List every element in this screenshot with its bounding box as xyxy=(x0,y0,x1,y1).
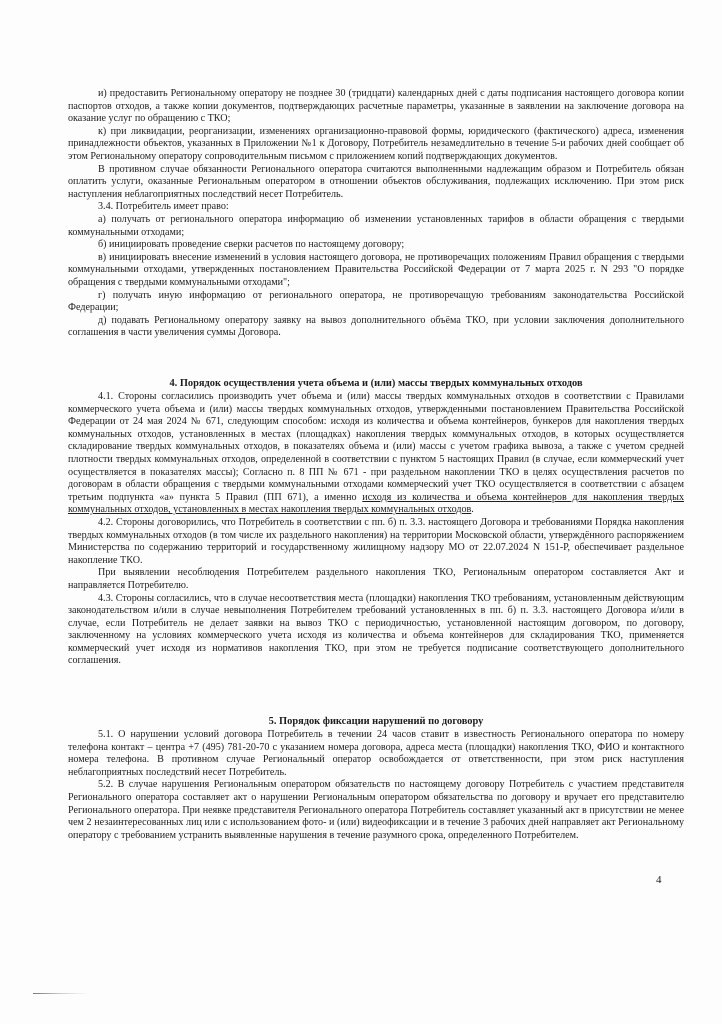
clause-3-4-b: б) инициировать проведение сверки расчет… xyxy=(68,239,684,252)
clause-otherwise: В противном случае обязанности Региональ… xyxy=(68,164,684,202)
clause-violation-act: При выявлении несоблюдения Потребителем … xyxy=(68,567,684,592)
clause-i: и) предоставить Региональному оператору … xyxy=(68,88,684,126)
clause-k: к) при ликвидации, реорганизации, измене… xyxy=(68,126,684,164)
clause-3-4-a: а) получать от регионального оператора и… xyxy=(68,214,684,239)
section-5-heading: 5. Порядок фиксации нарушений по договор… xyxy=(68,715,684,728)
scan-artifact-line xyxy=(33,993,88,994)
obligations-continuation: и) предоставить Региональному оператору … xyxy=(68,88,684,340)
section-5-body: 5.1. О нарушении условий договора Потреб… xyxy=(68,729,684,842)
clause-5-2: 5.2. В случае нарушения Региональным опе… xyxy=(68,779,684,842)
clause-3-4-v: в) инициировать внесение изменений в усл… xyxy=(68,252,684,290)
clause-4-1: 4.1. Стороны согласились производить уче… xyxy=(68,391,684,517)
section-4-heading: 4. Порядок осуществления учета объема и … xyxy=(68,377,684,390)
section-4-body: 4.1. Стороны согласились производить уче… xyxy=(68,391,684,668)
clause-4-1-end: . xyxy=(471,504,474,515)
clause-3-4-g: г) получать иную информацию от региональ… xyxy=(68,290,684,315)
clause-4-1-text: 4.1. Стороны согласились производить уче… xyxy=(68,391,684,503)
clause-4-3: 4.3. Стороны согласились, что в случае н… xyxy=(68,593,684,669)
page-number: 4 xyxy=(656,874,662,886)
document-page: и) предоставить Региональному оператору … xyxy=(0,0,722,1024)
clause-4-2: 4.2. Стороны договорились, что Потребите… xyxy=(68,517,684,567)
clause-3-4-d: д) подавать Региональному оператору заяв… xyxy=(68,315,684,340)
clause-3-4: 3.4. Потребитель имеет право: xyxy=(68,201,684,214)
clause-5-1: 5.1. О нарушении условий договора Потреб… xyxy=(68,729,684,779)
